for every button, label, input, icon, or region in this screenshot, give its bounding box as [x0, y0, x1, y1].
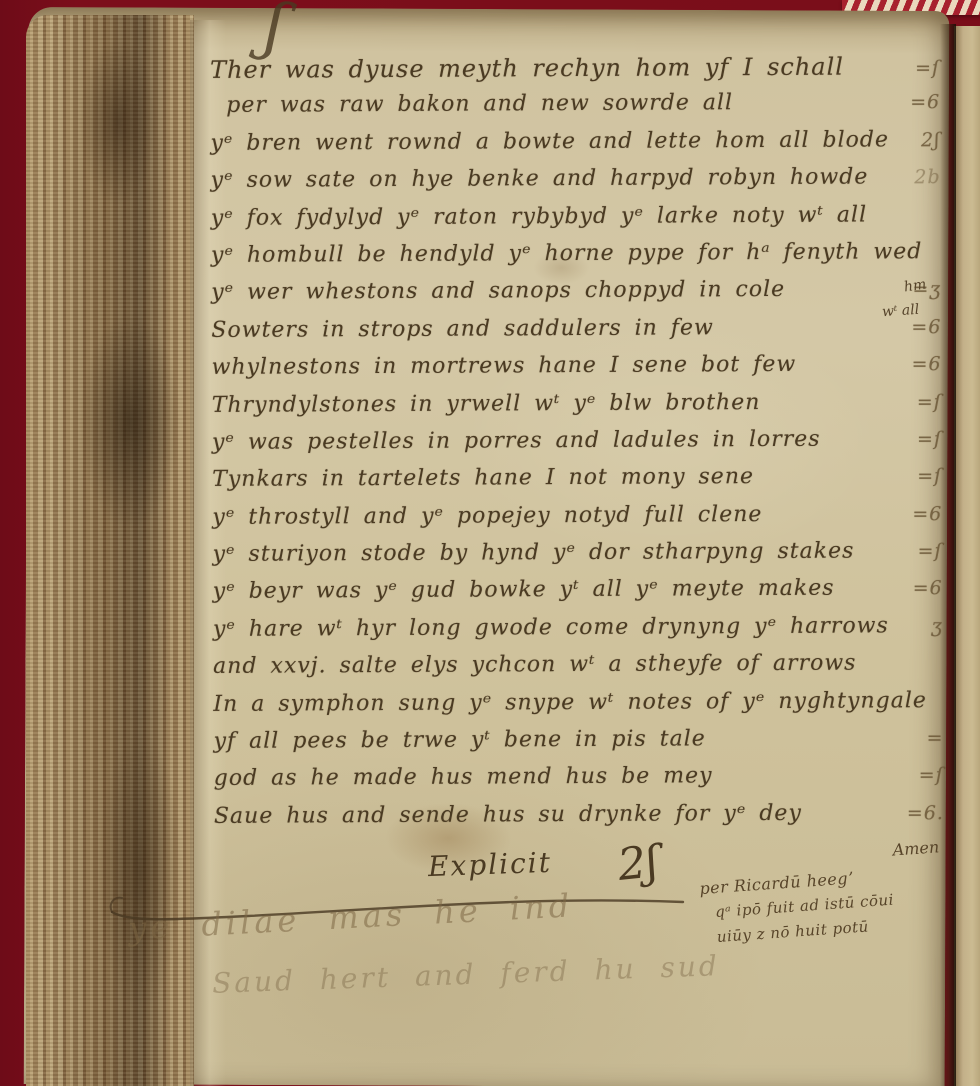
manuscript-line: In a symphon sung yᵉ snype wᵗ notes of y… — [213, 688, 943, 729]
manuscript-line: Sowters in strops and saddulers in few=6 — [211, 314, 941, 355]
line-filler-flourish: = — [919, 727, 944, 749]
line-filler-flourish: =ſ — [911, 765, 944, 787]
line-filler-flourish: =ſ — [907, 57, 940, 79]
manuscript-line: yᵉ hombull be hendyld yᵉ horne pype for … — [211, 239, 941, 280]
line-filler-flourish: =ſ — [910, 540, 943, 562]
line-text: god as he made hus mend hus be mey — [214, 764, 713, 792]
line-filler-flourish: =6 — [904, 503, 942, 525]
line-text: Ther was dyuse meyth rechyn hom yf I sch… — [210, 53, 844, 84]
manuscript-photo: ʃ Ther was dyuse meyth rechyn hom yf I s… — [0, 0, 980, 1086]
line-filler-flourish: =6 — [902, 91, 940, 113]
manuscript-line: yᵉ fox fydylyd yᵉ raton rybybyd yᵉ larke… — [211, 202, 941, 243]
line-text: yᵉ wer whestons and sanops choppyd in co… — [211, 277, 785, 305]
line-text: and xxvj. salte elys ychcon wᵗ a stheyfe… — [213, 651, 856, 679]
manuscript-line: whylnestons in mortrews hane I sene bot … — [212, 351, 942, 392]
margin-note: wᵗ all — [881, 302, 919, 321]
line-filler-flourish: 2b — [906, 166, 940, 188]
line-text: Thryndylstones in yrwell wᵗ yᵉ blw broth… — [212, 390, 761, 418]
line-filler-flourish: 2ʃ — [913, 129, 940, 151]
line-text: yᵉ was pestelles in porres and ladules i… — [212, 427, 821, 455]
manuscript-line: yf all pees be trwe yᵗ bene in pis tale= — [213, 725, 943, 766]
manuscript-line: god as he made hus mend hus be mey=ſ — [214, 763, 944, 804]
line-text: yᵉ beyr was yᵉ gud bowke yᵗ all yᵉ meyte… — [213, 576, 835, 604]
line-filler-flourish: =6 — [903, 316, 941, 338]
line-filler-flourish: =6 — [905, 578, 943, 600]
line-filler-flourish: =6. — [899, 802, 944, 824]
manuscript-line: yᵉ bren went rownd a bowte and lette hom… — [210, 127, 940, 168]
manuscript-line: yᵉ sturiyon stode by hynd yᵉ dor stharpy… — [212, 538, 942, 579]
line-text: Tynkars in tartelets hane I not mony sen… — [212, 464, 754, 492]
line-text: whylnestons in mortrews hane I sene bot … — [212, 352, 797, 380]
line-text: yᵉ hare wᵗ hyr long gwode come drynyng y… — [213, 613, 889, 642]
line-text: yf all pees be trwe yᵗ bene in pis tale — [213, 726, 705, 754]
manuscript-line: yᵉ was pestelles in porres and ladules i… — [212, 426, 942, 467]
manuscript-line: and xxvj. salte elys ychcon wᵗ a stheyfe… — [213, 650, 943, 691]
line-text: Sowters in strops and saddulers in few — [211, 315, 714, 343]
manuscript-line: Thryndylstones in yrwell wᵗ yᵉ blw broth… — [212, 389, 942, 430]
manuscript-text-block: Ther was dyuse meyth rechyn hom yf I sch… — [210, 52, 944, 841]
manuscript-line: yᵉ hare wᵗ hyr long gwode come drynyng y… — [213, 613, 943, 654]
manuscript-line: yᵉ sow sate on hye benke and harpyd roby… — [211, 164, 941, 205]
manuscript-line: yᵉ beyr was yᵉ gud bowke yᵗ all yᵉ meyte… — [213, 576, 943, 617]
margin-note: hm — [903, 277, 927, 296]
line-text: yᵉ hombull be hendyld yᵉ horne pype for … — [211, 239, 922, 268]
line-text: yᵉ bren went rownd a bowte and lette hom… — [210, 127, 889, 156]
line-text: yᵉ fox fydylyd yᵉ raton rybybyd yᵉ larke… — [211, 202, 867, 230]
line-filler-flourish: =6 — [904, 353, 942, 375]
line-text: per was raw bakon and new sowrde all — [226, 91, 733, 119]
line-filler-flourish: ʒ — [923, 615, 943, 637]
manuscript-line: yᵉ throstyll and yᵉ popejey notyd full c… — [212, 501, 942, 542]
line-text: yᵉ sow sate on hye benke and harpyd roby… — [211, 165, 869, 193]
line-filler-flourish: =ſ — [909, 391, 942, 413]
manuscript-line: Ther was dyuse meyth rechyn hom yf I sch… — [210, 52, 940, 93]
explicit-colophon: Amen per Ricardū heegʼ qᵃ ipō fuit ad is… — [697, 833, 963, 951]
manuscript-line: per was raw bakon and new sowrde all=6 — [210, 89, 940, 130]
manuscript-line: yᵉ wer whestons and sanops choppyd in co… — [211, 276, 941, 317]
manuscript-line: Saue hus and sende hus su drynke for yᵉ … — [214, 800, 944, 841]
line-text: In a symphon sung yᵉ snype wᵗ notes of y… — [213, 688, 927, 717]
line-filler-flourish: =ſ — [909, 465, 942, 487]
line-text: yᵉ sturiyon stode by hynd yᵉ dor stharpy… — [212, 539, 854, 567]
line-filler-flourish: =ſ — [909, 428, 942, 450]
line-text: Saue hus and sende hus su drynke for yᵉ … — [214, 801, 802, 829]
line-text: yᵉ throstyll and yᵉ popejey notyd full c… — [212, 502, 762, 530]
manuscript-line: Tynkars in tartelets hane I not mony sen… — [212, 463, 942, 504]
